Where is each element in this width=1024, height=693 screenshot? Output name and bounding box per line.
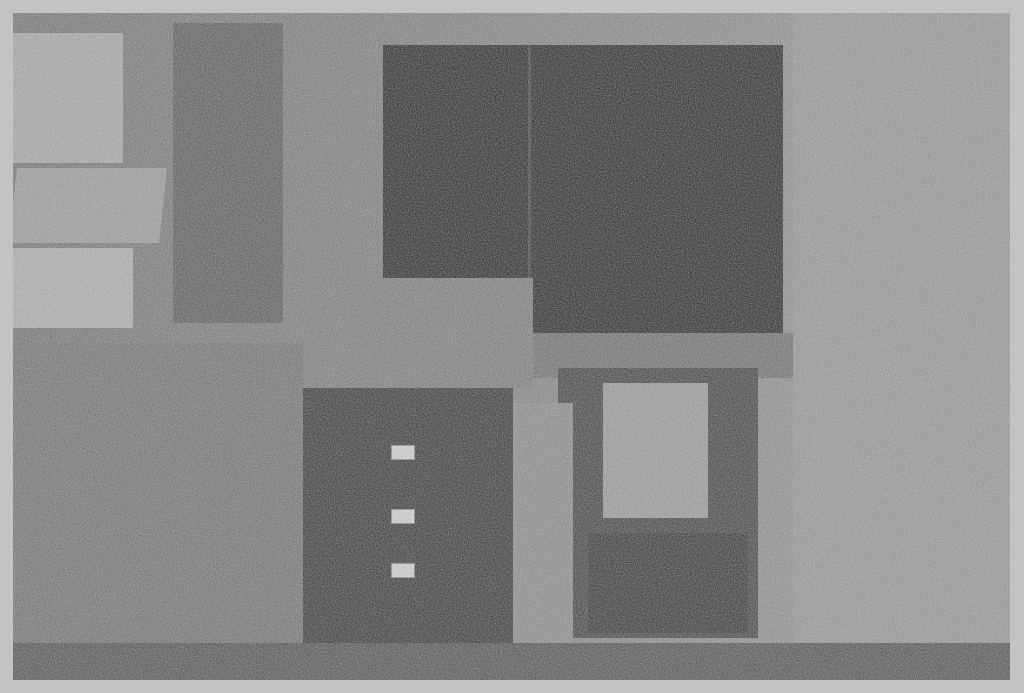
drawer-label-2 bbox=[391, 509, 415, 524]
drawer-label-1 bbox=[391, 445, 415, 460]
floor bbox=[13, 643, 1010, 680]
box-middle bbox=[13, 168, 167, 243]
floor-box bbox=[513, 403, 573, 653]
photo-frame bbox=[13, 13, 1010, 680]
drawer-label-3 bbox=[391, 563, 415, 578]
chair-back-panel bbox=[603, 383, 708, 518]
right-wall bbox=[793, 13, 1010, 680]
box-bottom bbox=[13, 248, 133, 328]
chair-seat bbox=[588, 533, 748, 633]
left-cabinet bbox=[13, 343, 303, 680]
left-shelf bbox=[173, 23, 283, 323]
desk-top bbox=[283, 278, 533, 388]
box-top bbox=[13, 33, 123, 163]
